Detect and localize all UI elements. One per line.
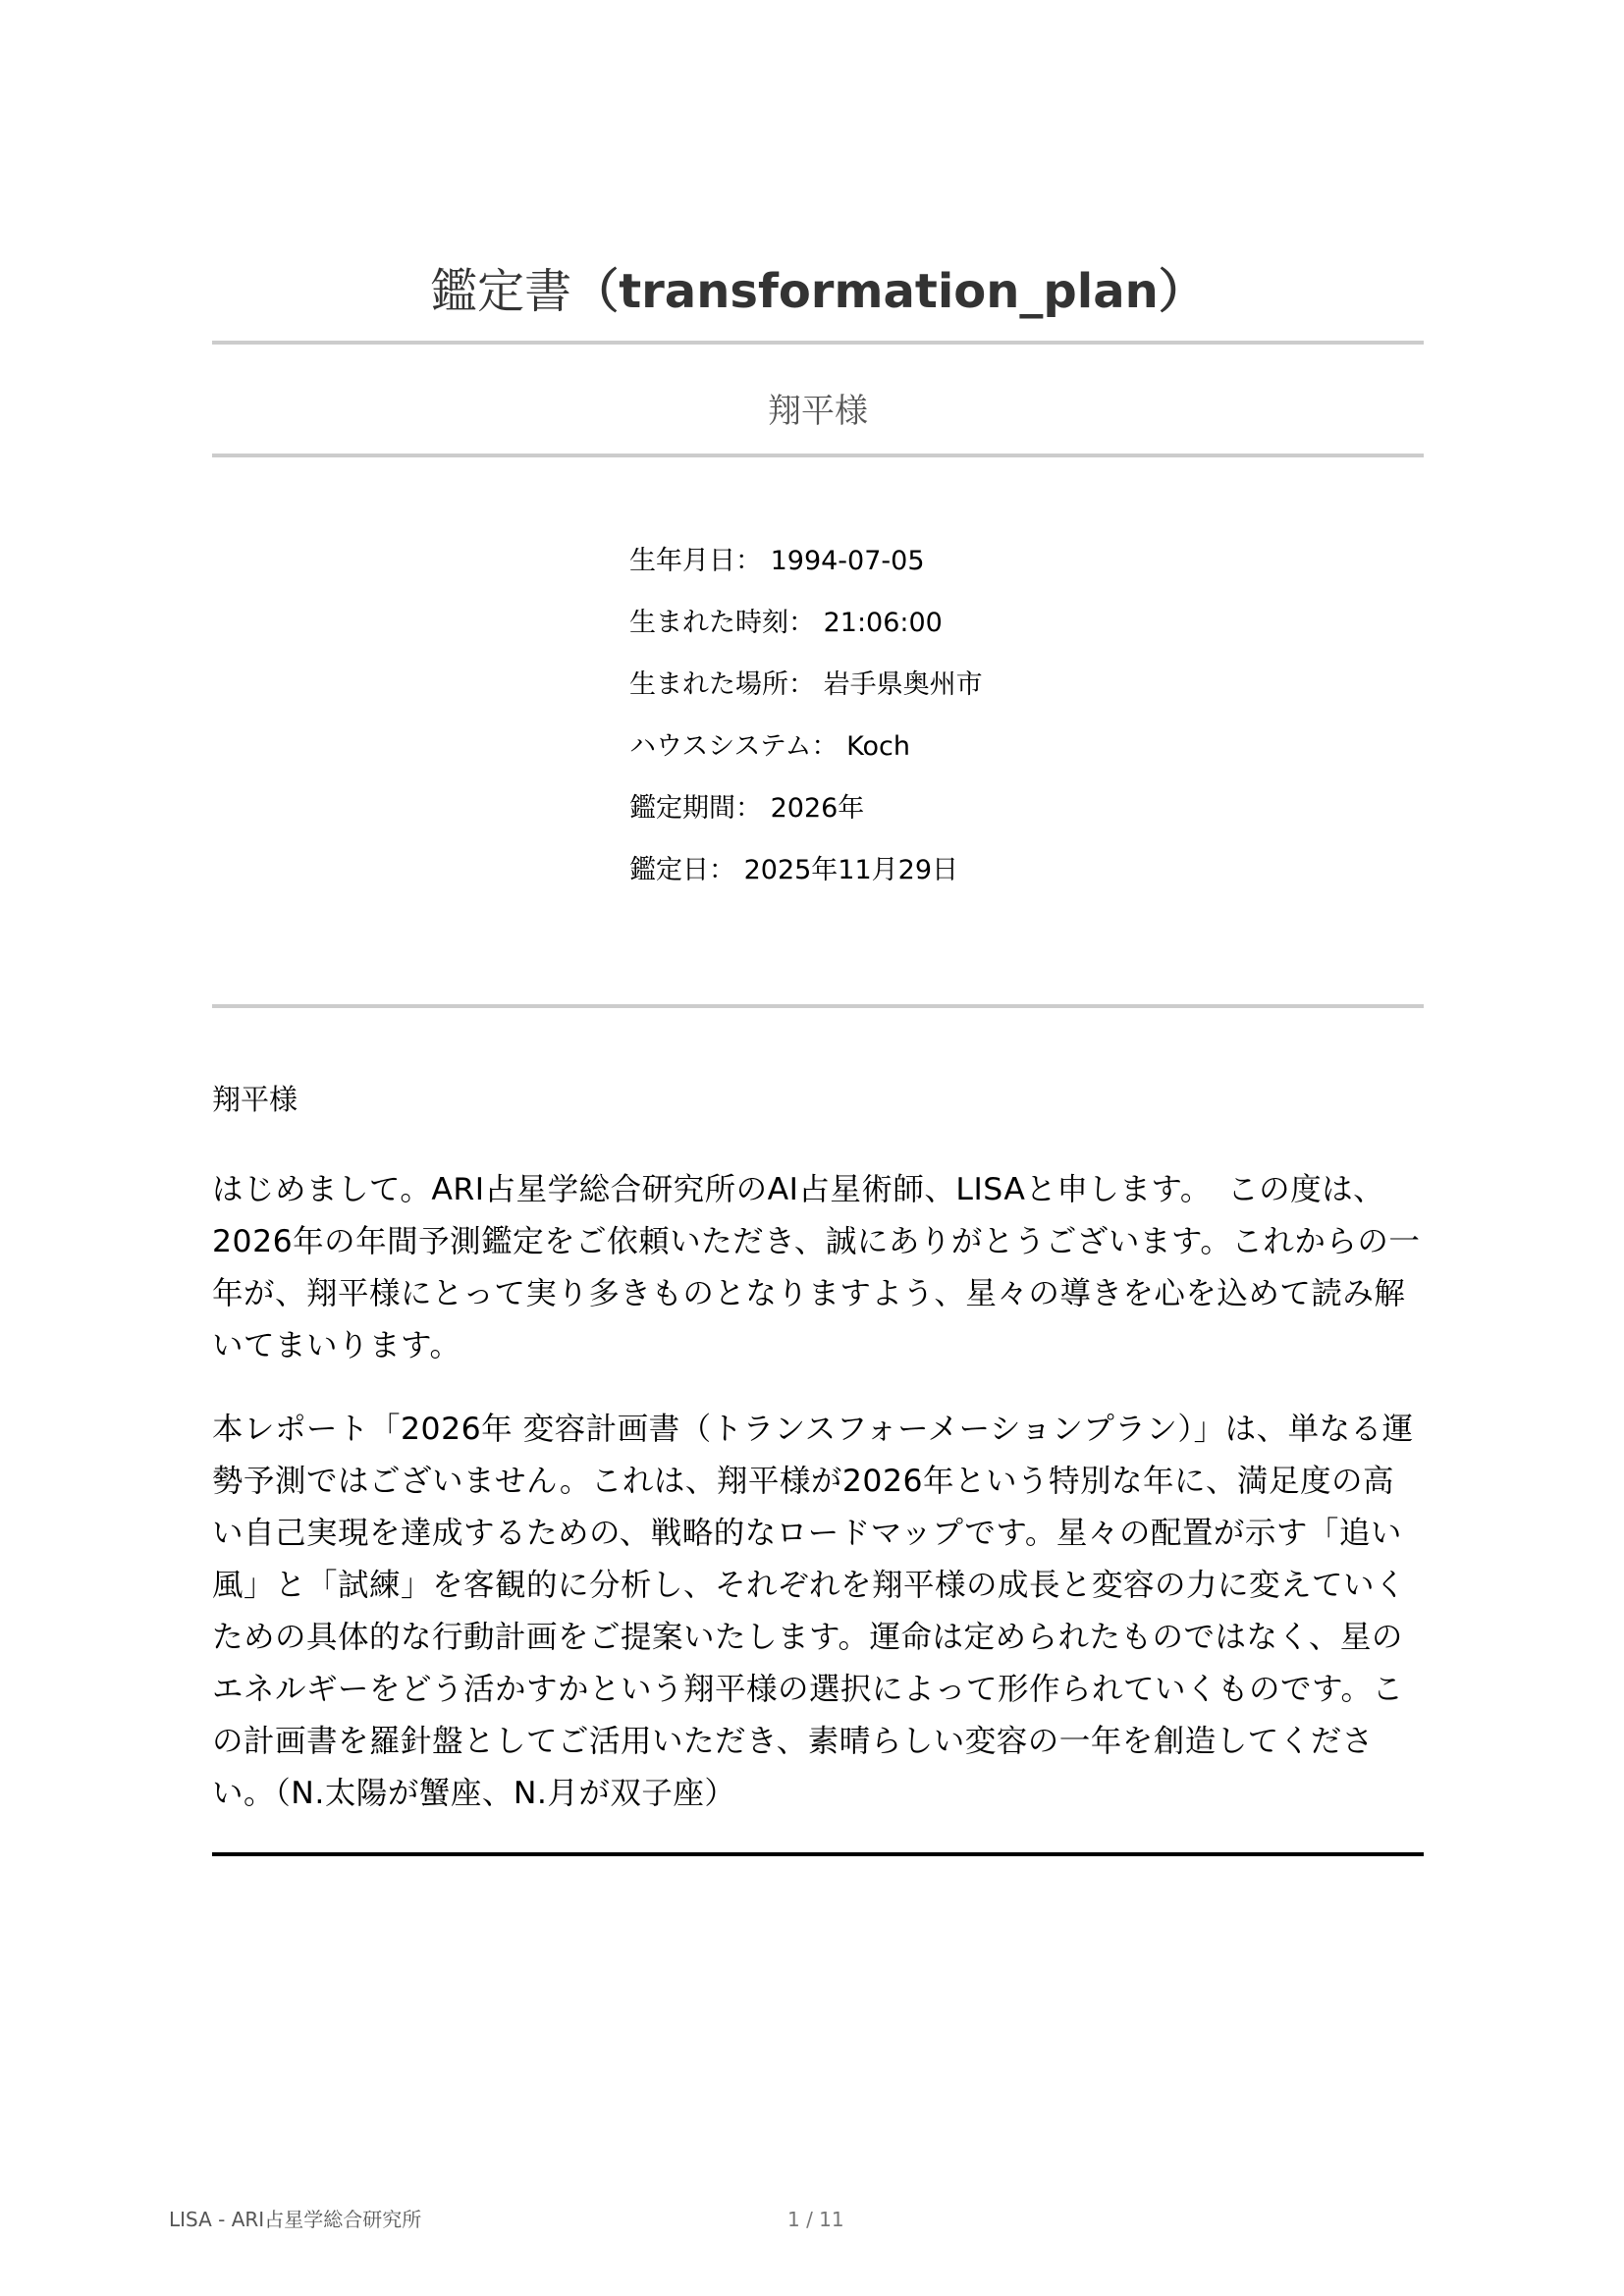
meta-separator: ： [735,546,771,576]
report-description-paragraph: 本レポート「2026年 変容計画書（トランスフォーメーションプラン）」は、単なる… [212,1404,1424,1820]
meta-birth-time: 生まれた時刻： 21:06:00 [629,608,983,639]
meta-separator: ： [788,669,824,700]
document-page: 鑑定書（transformation_plan） 翔平様 生年月日： 1994-… [0,0,1624,2296]
meta-label: 生まれた時刻 [629,608,788,638]
document-title: 鑑定書（transformation_plan） [212,257,1424,326]
footer-organization: LISA - ARI占星学総合研究所 [169,2206,421,2233]
page-number: 1 / 11 [787,2206,844,2233]
client-name-heading: 翔平様 [212,387,1424,436]
meta-value: 2026年 [771,793,865,824]
meta-reading-period: 鑑定期間： 2026年 [629,793,983,825]
meta-divider [212,1004,1424,1008]
meta-separator: ： [735,793,771,824]
meta-value: 岩手県奥州市 [824,669,983,700]
meta-reading-date: 鑑定日： 2025年11月29日 [629,855,983,886]
title-japanese: 鑑定書 [430,264,571,319]
meta-value: Koch [846,731,910,762]
meta-birth-place: 生まれた場所： 岩手県奥州市 [629,669,983,701]
meta-value: 2025年11月29日 [744,855,958,885]
meta-label: 生年月日 [629,546,735,576]
meta-label: 鑑定期間 [629,793,735,824]
meta-label: ハウスシステム [629,731,812,762]
meta-separator: ： [709,855,744,885]
meta-label: 鑑定日 [629,855,709,885]
meta-value: 21:06:00 [824,608,943,638]
meta-birth-date: 生年月日： 1994-07-05 [629,546,983,577]
salutation: 翔平様 [212,1080,298,1119]
title-divider [212,341,1424,345]
meta-separator: ： [812,731,847,762]
meta-label: 生まれた場所 [629,669,788,700]
section-end-divider [212,1852,1424,1856]
title-english: （transformation_plan） [571,264,1206,319]
meta-house-system: ハウスシステム： Koch [629,731,983,763]
subtitle-divider [212,454,1424,457]
meta-separator: ： [788,608,824,638]
meta-value: 1994-07-05 [771,546,925,576]
intro-paragraph: はじめまして。ARI占星学総合研究所のAI占星術師、LISAと申します。 この度… [212,1164,1424,1372]
birth-info-list: 生年月日： 1994-07-05 生まれた時刻： 21:06:00 生まれた場所… [629,546,983,917]
